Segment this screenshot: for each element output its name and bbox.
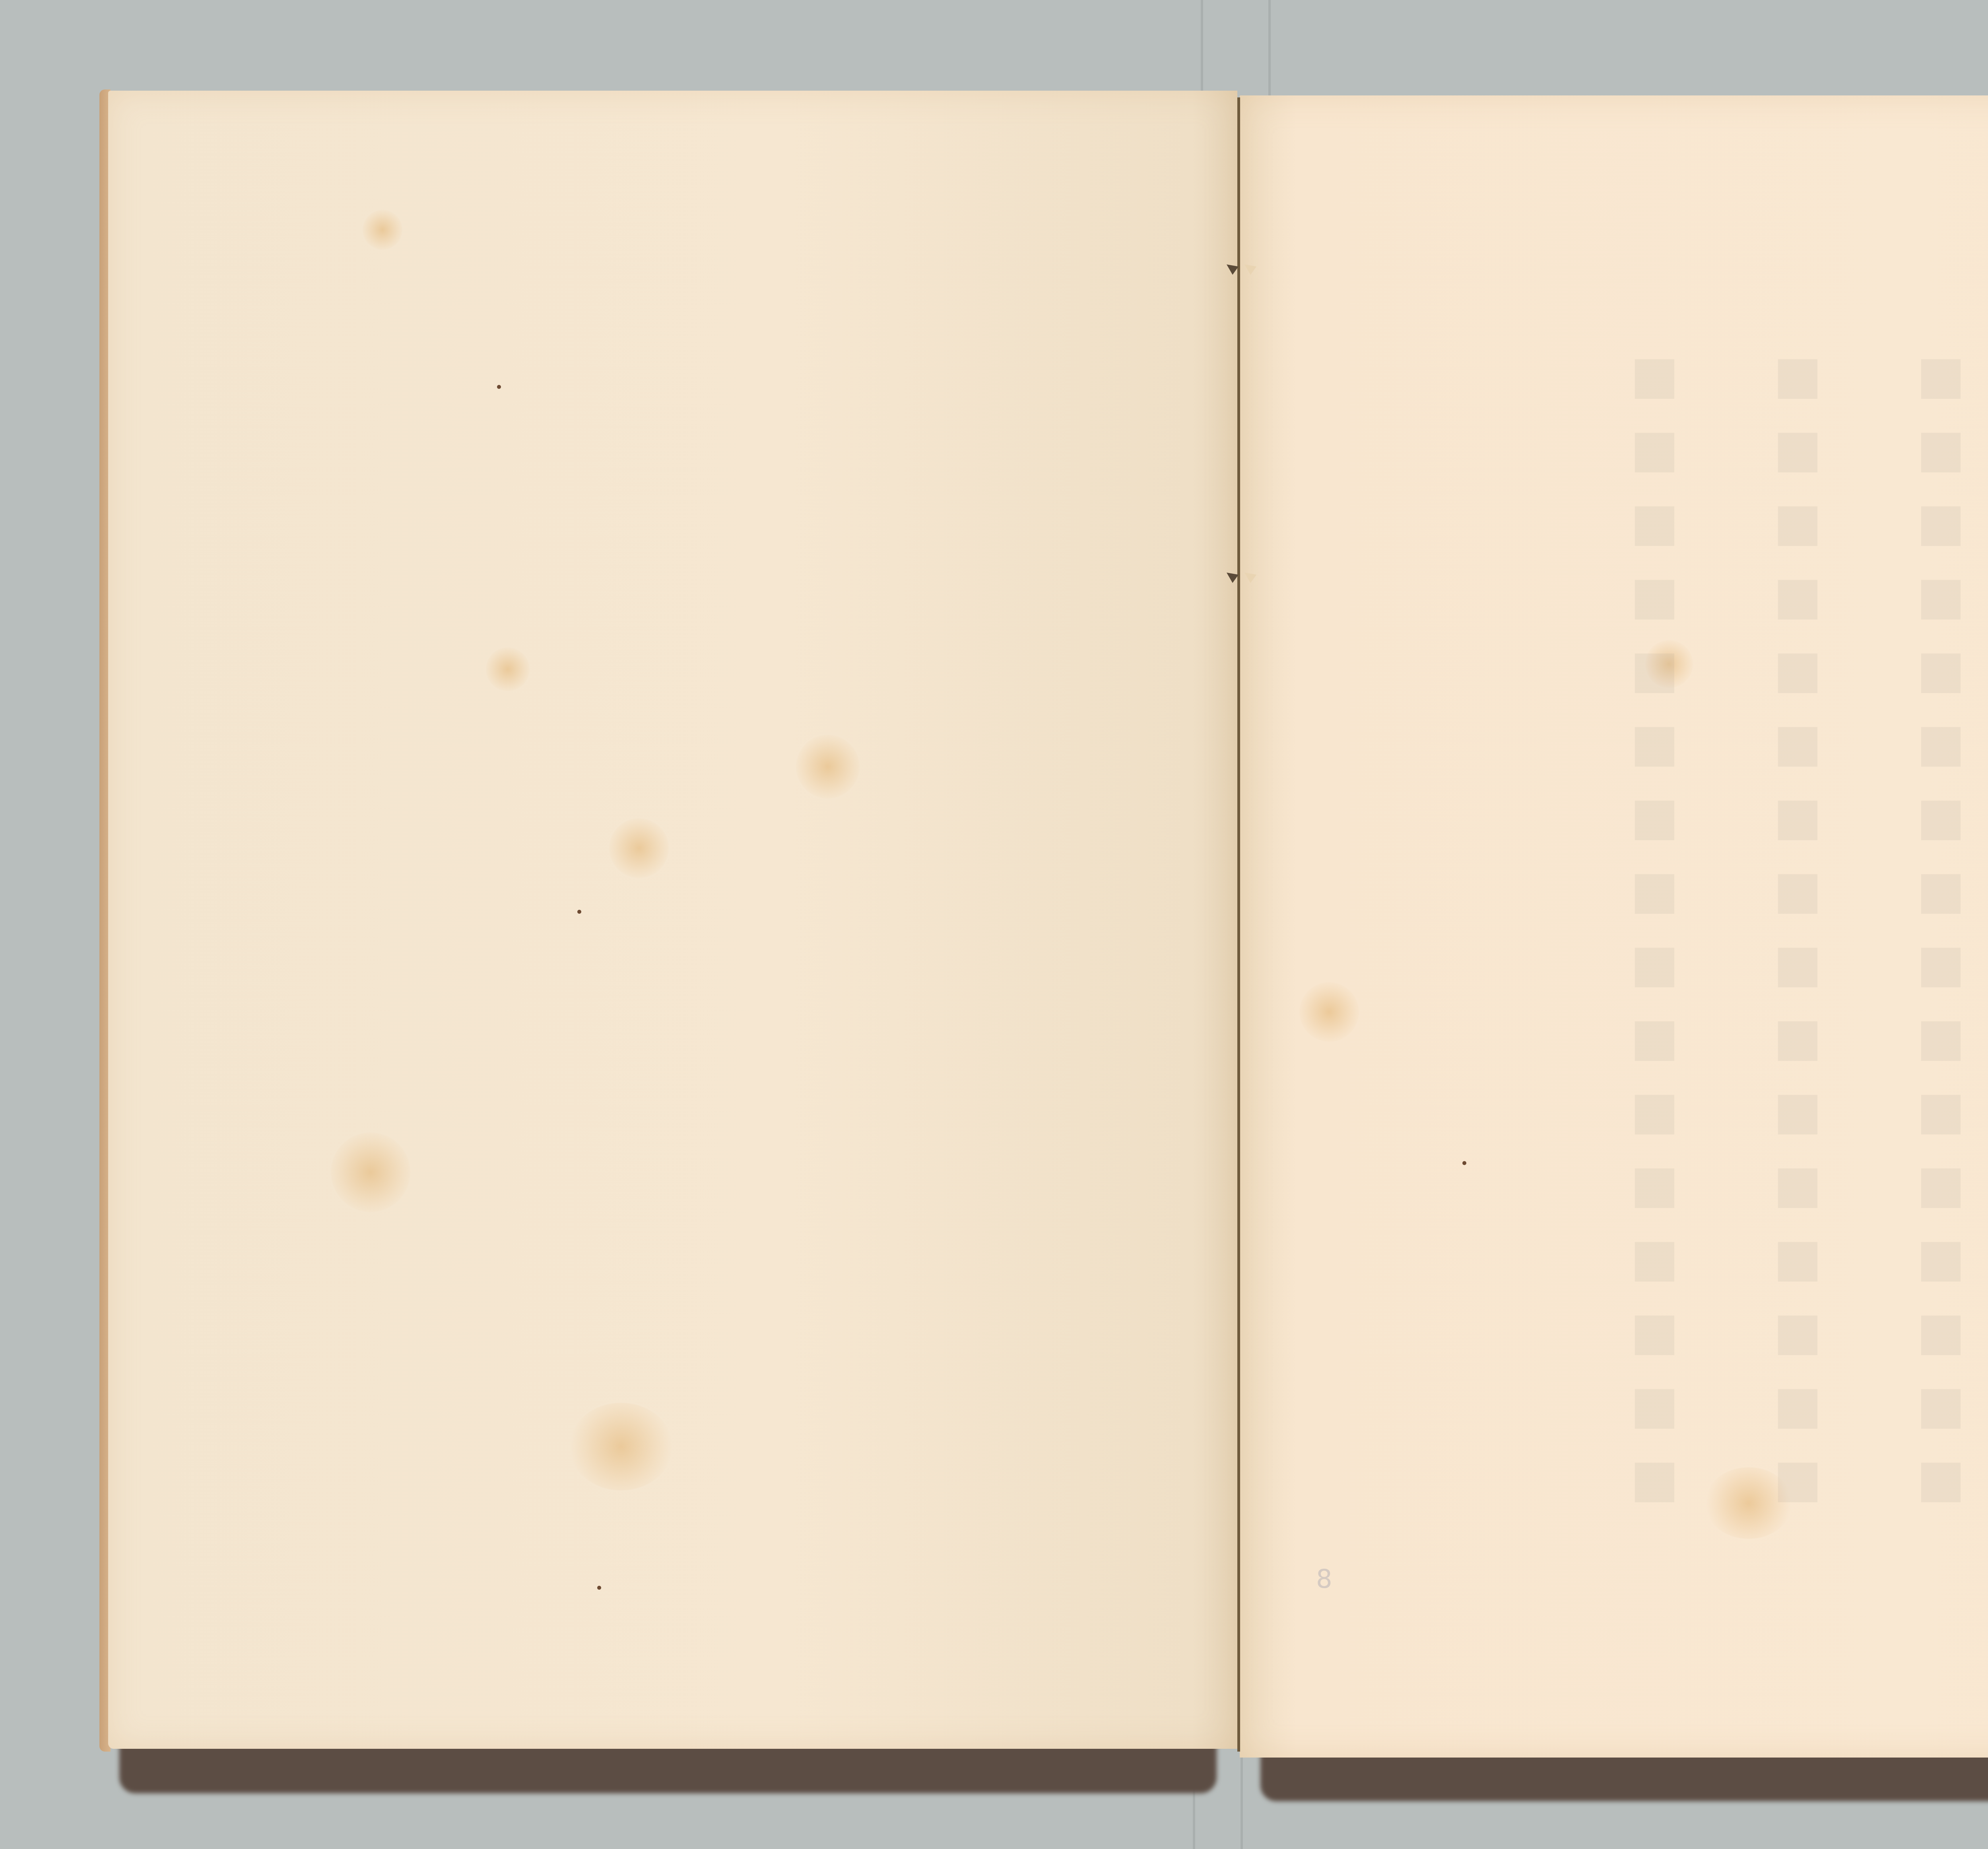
ink-speck — [1462, 1161, 1466, 1165]
background-crease-right-bottom — [1241, 1750, 1243, 1849]
book-spine-gutter — [1237, 97, 1240, 1752]
foxing-stain — [609, 818, 669, 878]
foxing-stain — [331, 1132, 410, 1212]
ink-speck — [597, 1586, 601, 1590]
foxing-stain — [363, 210, 402, 250]
foxing-stain — [569, 1403, 673, 1490]
ink-speck — [497, 385, 501, 389]
book-shadow-left — [119, 1742, 1217, 1793]
show-through-column: ■■■■■■■■■■■■■■■■ — [1773, 338, 1822, 1515]
foxing-stain — [486, 647, 530, 691]
right-page — [1240, 95, 1988, 1758]
background-crease-right — [1268, 0, 1271, 95]
background-crease-left — [1201, 0, 1203, 95]
ghost-page-number: 8 — [1316, 1565, 1332, 1594]
ink-speck — [577, 910, 581, 914]
left-page — [108, 91, 1237, 1749]
show-through-column: ■■■■■■■■■■■■■■■■ — [1630, 338, 1679, 1515]
foxing-stain — [1299, 982, 1359, 1042]
foxing-stain — [796, 735, 860, 798]
show-through-column: ■■■■■■■■■■■■■■■■ — [1916, 338, 1965, 1515]
